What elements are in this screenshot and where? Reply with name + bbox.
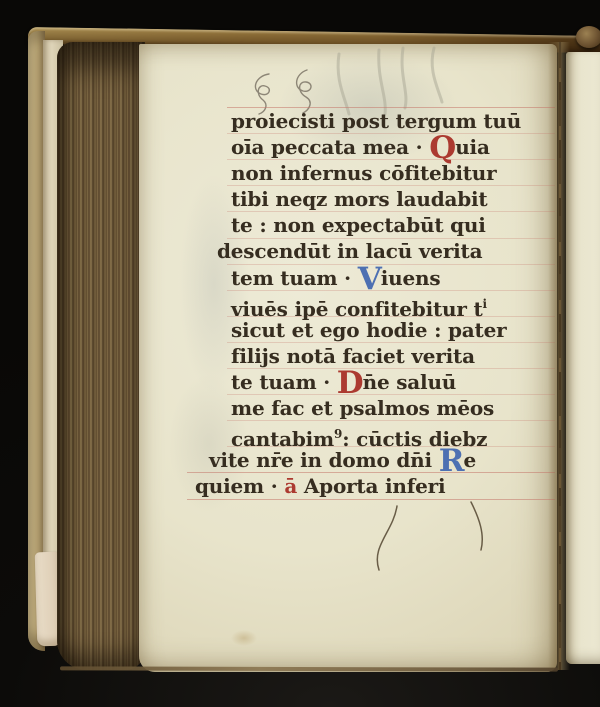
text-segment: iuens	[381, 266, 441, 290]
text-segment: i	[483, 297, 487, 311]
endband-knot	[576, 26, 600, 48]
text-segment: non infernus cōfitebitur	[231, 161, 496, 185]
manuscript-text-line: non infernus cōfitebitur	[231, 160, 561, 186]
manuscript-text-line: tibi neqz mors laudabit	[231, 186, 561, 212]
manuscript-text-line: cantabim9: cūctis diebz	[231, 421, 561, 447]
facing-page-sliver	[566, 52, 600, 664]
text-segment: tem tuam ·	[231, 266, 358, 290]
manuscript-text-line: me fac et psalmos mēos	[231, 395, 561, 421]
manuscript-text-block: proiecisti post tergum tuūoīa peccata me…	[231, 108, 561, 499]
text-segment: vite nr̄e in domo dn̄i	[209, 448, 439, 472]
text-segment: me fac et psalmos mēos	[231, 396, 494, 420]
manuscript-text-line: te tuam · Dn̄e saluū	[231, 369, 561, 395]
text-segment: proiecisti post tergum tuū	[231, 109, 521, 133]
manuscript-page: proiecisti post tergum tuūoīa peccata me…	[139, 44, 557, 672]
text-segment: ā	[284, 474, 297, 498]
page-stack-fore-edge	[57, 42, 145, 670]
text-segment: quiem ·	[195, 474, 284, 498]
manuscript-text-line: proiecisti post tergum tuū	[231, 108, 561, 134]
text-segment: Aporta inferi	[297, 474, 445, 498]
text-segment: te : non expectabūt qui	[231, 213, 486, 237]
page-bottom-edge	[60, 666, 558, 671]
manuscript-text-line: te : non expectabūt qui	[231, 212, 561, 238]
text-segment: uia	[455, 135, 490, 159]
manuscript-text-line: filijs notā faciet verita	[231, 343, 561, 369]
manuscript-text-line: oīa peccata mea · Quia	[231, 134, 561, 160]
manuscript-text-line: viuēs ipē confitebitur ti	[231, 291, 561, 317]
manuscript-photo: proiecisti post tergum tuūoīa peccata me…	[0, 0, 600, 707]
text-segment: sicut et ego hodie : pater	[231, 318, 506, 342]
manuscript-text-line: vite nr̄e in domo dn̄i Re	[209, 447, 561, 473]
text-segment: oīa peccata mea ·	[231, 135, 429, 159]
text-segment: e	[463, 448, 476, 472]
manuscript-text-line: quiem · ā Aporta inferi	[195, 473, 561, 499]
text-segment: n̄e saluū	[363, 370, 457, 394]
text-segment: descendūt in lacū verita	[217, 239, 482, 263]
manuscript-text-line: sicut et ego hodie : pater	[231, 317, 561, 343]
text-segment: te tuam ·	[231, 370, 337, 394]
text-segment: 9	[334, 427, 342, 441]
text-segment: tibi neqz mors laudabit	[231, 187, 487, 211]
manuscript-text-line: descendūt in lacū verita	[217, 238, 561, 264]
manuscript-text-line: tem tuam · Viuens	[231, 265, 561, 291]
